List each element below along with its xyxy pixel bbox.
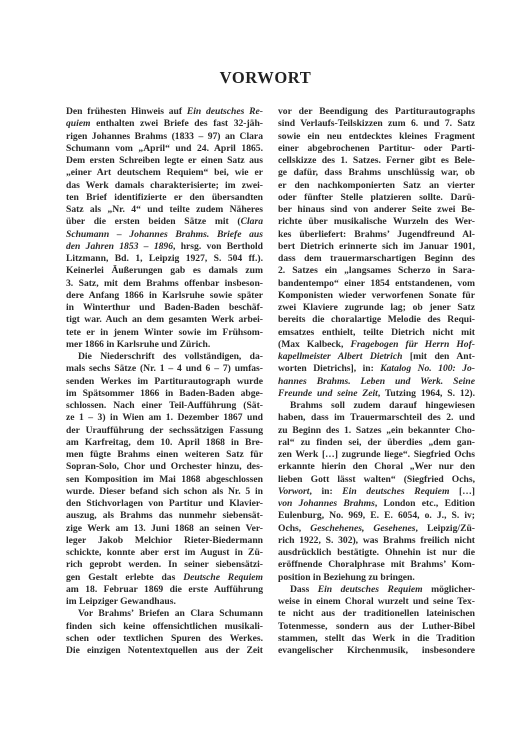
text-line: im Leipziger Gewandhaus. [66,596,263,608]
text-line: haben, dass im Trauermarschteil des 2. u… [278,412,475,424]
text-line: mals sechs Sätze (Nr. 1 – 4 und 6 – 7) u… [66,363,263,375]
text-line: erkannte hierin den Choral „Wer nur den [278,461,475,473]
text-line: finden sich keine offensichtlichen musik… [66,621,263,633]
text-line: Die einzigen Notentextquellen aus der Ze… [66,645,263,657]
text-line: ral“ zu finden sei, der überdies „dem ga… [278,437,475,449]
text-column-right: vor der Beendigung des Partiturautograph… [278,106,475,657]
text-line: Dem ersten Schreiben legte er einen Satz… [66,155,263,167]
text-line: bandentempo“ einer 1854 entstandenen, vo… [278,278,475,290]
text-line: von Johannes Brahms, London etc., Editio… [278,498,475,510]
text-line: das Werk damals charakterisierte; im zwe… [66,180,263,192]
text-line: quiem enthalten zwei Briefe des fast 32-… [66,118,263,130]
text-line: sen Komposition im Mai 1868 abgeschlosse… [66,474,263,486]
text-line: bert Dietrich erinnerte sich im Januar 1… [278,241,475,253]
text-line: Schumann vom „April“ und 24. April 1865. [66,143,263,155]
text-line: der Uraufführung der sechssätzigen Fassu… [66,425,263,437]
text-line: zen Werk […] zugrunde liege“. Siegfried … [278,449,475,461]
text-line: Freunde und seine Zeit, Tutzing 1964, S.… [278,388,475,400]
text-line: worten Dietrichs], in: Katalog No. 100: … [278,363,475,375]
text-line: sowie ein neu entdecktes kleines Fragmen… [278,131,475,143]
page-title: VORWORT [0,68,531,88]
text-line: schen oder textlichen Spuren des Werkes. [66,633,263,645]
text-line: über die ersten beiden Sätze mit (Clara [66,216,263,228]
text-line: wurde. Dieser befand sich schon als Nr. … [66,486,263,498]
text-line: Vorwort, in: Ein deutsches Requiem […] [278,486,475,498]
text-line: den Jahren 1853 – 1896, hrsg. von Bertho… [66,241,263,253]
text-line: Schumann – Johannes Brahms. Briefe aus [66,229,263,241]
text-line: zu Beginn des 1. Satzes „ein bekannter C… [278,425,475,437]
text-line: richte über musikalische Wurzeln des Wer… [278,216,475,228]
text-line: Sopran-Solo, Chor und Orchester hinzu, d… [66,461,263,473]
text-line: am 18. Februar 1869 die erste Aufführung [66,584,263,596]
text-line: Komponisten wieder verworfenen Sonate fü… [278,290,475,302]
text-line: Ochs, Geschehenes, Gesehenes, Leipzig/Zü… [278,523,475,535]
text-line: ge dafür, dass Brahms unschlüssig war, o… [278,167,475,179]
text-line: Brahms soll zudem darauf hingewiesen [278,400,475,412]
text-line: lieben Gott lässt walten“ (Siegfried Och… [278,474,475,486]
text-line: im Spätsommer 1866 in Baden-Baden abge- [66,388,263,400]
text-line: eröffnende Choralphrase mit Brahms’ Kom- [278,559,475,571]
text-line: dass dem trauermarschartigen Beginn des [278,253,475,265]
text-line: emsatzes enthielt, teilte Dietrich nicht… [278,327,475,339]
text-line: ausdrücklich bestätigte. Ohnehin ist nur… [278,547,475,559]
text-line: rich geprobt werden. In seiner siebensät… [66,559,263,571]
text-line: weise in einem Choral wurzelt und seine … [278,596,475,608]
text-line: (Max Kalbeck, Fragebogen für Herrn Hof- [278,339,475,351]
text-line: evangelischer Kirchenmusik, insbesondere [278,645,475,657]
text-line: tigt war. Auch an dem gesamten Werk arbe… [66,314,263,326]
text-line: ze 1 – 3) in Wien am 1. Dezember 1867 un… [66,412,263,424]
text-line: Die Niederschrift des vollständigen, da- [66,351,263,363]
text-line: gen Gestalt erlebte das Deutsche Requiem [66,572,263,584]
text-line: kes überliefert: Brahms’ Jugendfreund Al… [278,229,475,241]
text-line: mer 1866 in Karlsruhe und Zürich. [66,339,263,351]
text-line: Eulenburg, No. 969, E. E. 6054, o. J., S… [278,510,475,522]
text-line: Den frühesten Hinweis auf Ein deutsches … [66,106,263,118]
text-line: auszug, als Brahms das nunmehr siebensät… [66,510,263,522]
text-line: sind Verlaufs-Teilskizzen zum 6. und 7. … [278,118,475,130]
text-column-left: Den frühesten Hinweis auf Ein deutsches … [66,106,263,657]
text-line: schickte, konnte aber erst im August in … [66,547,263,559]
text-line: dere Anfang 1866 in Karlsruhe sowie spät… [66,290,263,302]
text-line: oder fünfter Stelle platzieren sollte. D… [278,192,475,204]
text-line: ten Brief identifizierte er den übersand… [66,192,263,204]
text-line: Litzmann, Bd. 1, Leipzig 1927, S. 504 ff… [66,253,263,265]
text-line: 2. Satzes ein „langsames Scherzo in Sara… [278,265,475,277]
text-line: vor der Beendigung des Partiturautograph… [278,106,475,118]
text-line: Keinerlei Äußerungen gab es damals zum [66,265,263,277]
text-line: den Stichvorlagen von Partitur und Klavi… [66,498,263,510]
text-line: ber hinaus sind von anderer Seite zwei B… [278,204,475,216]
text-line: rich 1922, S. 302), was Brahms freilich … [278,535,475,547]
text-line: tete er in jenem Winter sowie im Frühsom… [66,327,263,339]
text-line: einer abgebrochenen Partitur- oder Parti… [278,143,475,155]
text-line: hannes Brahms. Leben und Werk. Seine [278,376,475,388]
text-line: Vor Brahms’ Briefen an Clara Schumann [66,608,263,620]
text-line: Dass Ein deutsches Requiem möglicher- [278,584,475,596]
text-line: cellskizze des 1. Satzes. Ferner gibt es… [278,155,475,167]
text-line: position in Beziehung zu bringen. [278,572,475,584]
text-line: Totenmesse, sondern aus der Luther-Bibel [278,621,475,633]
text-line: „einer Art deutschem Requiem“ bei, wie e… [66,167,263,179]
text-line: zige Werk am 13. Juni 1868 an seinen Ver… [66,523,263,535]
text-line: leger Jakob Melchior Rieter-Biedermann [66,535,263,547]
text-line: te nicht aus der traditionellen lateinis… [278,608,475,620]
text-line: rigen Johannes Brahms (1833 – 97) an Cla… [66,131,263,143]
text-line: stammen, stellt das Werk in die Traditio… [278,633,475,645]
text-line: in Winterthur und Baden-Baden beschäf- [66,302,263,314]
text-line: bereits die choralartige Melodie des Req… [278,314,475,326]
text-line: Satz als „Nr. 4“ und teilte zudem Nähere… [66,204,263,216]
text-line: zwei Klaviere zugrunde lag; ob jener Sat… [278,302,475,314]
text-line: er den nachkomponierten Satz an vierter [278,180,475,192]
text-line: schlossen. Nach einer Teil-Aufführung (S… [66,400,263,412]
text-line: kapellmeister Albert Dietrich [mit den A… [278,351,475,363]
text-line: 3. Satz, mit dem Brahms offenbar insbeso… [66,278,263,290]
text-line: senden Werkes im Partiturautograph wurde [66,376,263,388]
text-line: am Karfreitag, dem 10. April 1868 in Bre… [66,437,263,449]
text-line: men fügte Brahms einen weiteren Satz für [66,449,263,461]
